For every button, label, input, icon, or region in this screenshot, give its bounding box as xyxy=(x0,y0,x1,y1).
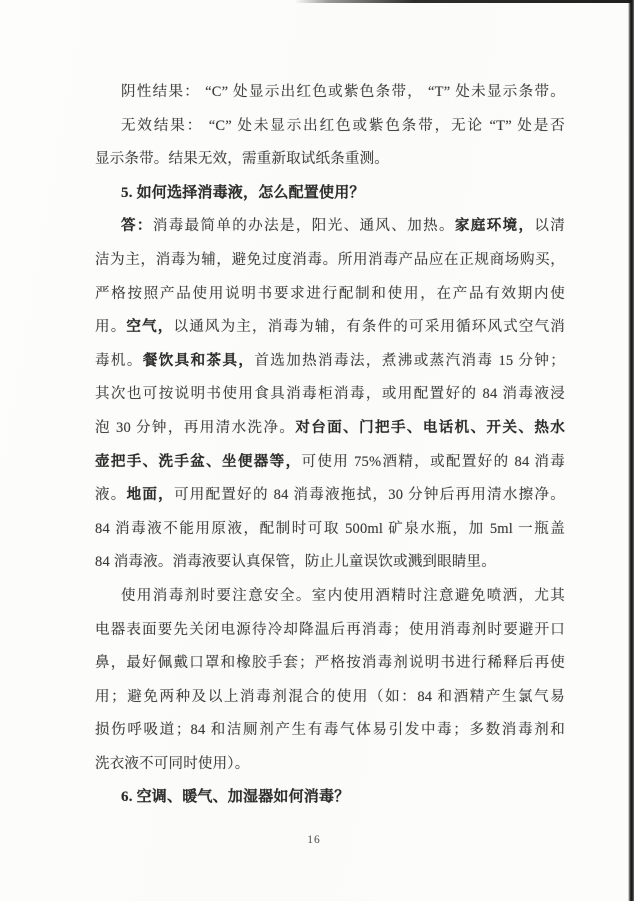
safety-line: 电器表面要先关闭电源待冷却降温后再消毒；使用消毒剂时要避开口 xyxy=(95,614,565,648)
text-segment: 毒机。 xyxy=(95,353,143,369)
text-segment: 液。 xyxy=(95,487,127,503)
bold-text-segment: 地面， xyxy=(127,487,174,503)
text-segment: 显示条带。结果无效，需重新取试纸条重测。 xyxy=(95,151,389,167)
text-segment: 其次也可按说明书使用食具消毒柜消毒，或用配置好的 84 消毒液浸 xyxy=(95,386,565,402)
answer-line: 液。地面，可用配置好的 84 消毒液拖拭，30 分钟后再用清水擦净。 xyxy=(95,479,565,513)
document-body: 阴性结果： “C” 处显示出红色或紫色条带， “T” 处未显示条带。无效结果： … xyxy=(95,76,565,815)
answer-line: 壶把手、洗手盆、坐便器等，可使用 75%酒精，或配置好的 84 消毒 xyxy=(95,446,565,480)
result-line-negative: 阴性结果： “C” 处显示出红色或紫色条带， “T” 处未显示条带。 xyxy=(95,76,565,110)
text-segment: 电器表面要先关闭电源待冷却降温后再消毒；使用消毒剂时要避开口 xyxy=(95,622,565,638)
result-line-invalid-2: 显示条带。结果无效，需重新取试纸条重测。 xyxy=(95,143,565,177)
bold-text-segment: 答： xyxy=(121,218,153,234)
safety-line: 洗衣液不可同时使用）。 xyxy=(95,748,565,782)
text-segment: 可用配置好的 84 消毒液拖拭，30 分钟后再用清水擦净。 xyxy=(174,487,565,503)
text-segment: 严格按照产品使用说明书要求进行配制和使用，在产品有效期内使 xyxy=(95,286,565,302)
text-segment: 鼻，最好佩戴口罩和橡胶手套；严格按消毒剂说明书进行稀释后再使 xyxy=(95,655,565,671)
text-segment: 84 消毒液。消毒液要认真保管，防止儿童误饮或溅到眼睛里。 xyxy=(95,554,496,570)
page-number: 16 xyxy=(0,834,628,846)
text-segment: 以清 xyxy=(534,218,565,234)
text-segment: 用。 xyxy=(95,319,126,335)
scan-edge-right xyxy=(628,0,634,901)
text-segment: 消毒最简单的办法是，阳光、通风、加热。 xyxy=(153,218,455,234)
scan-edge-top xyxy=(295,0,634,3)
answer-line: 泡 30 分钟，再用清水洗净。对台面、门把手、电话机、开关、热水 xyxy=(95,412,565,446)
text-segment: 可使用 75%酒精，或配置好的 84 消毒 xyxy=(301,454,565,470)
answer-line: 毒机。餐饮具和茶具，首选加热消毒法，煮沸或蒸汽消毒 15 分钟； xyxy=(95,345,565,379)
text-segment: 以通风为主，消毒为辅，有条件的可采用循环风式空气消 xyxy=(174,319,566,335)
bold-text-segment: 5. 如何选择消毒液，怎么配置使用？ xyxy=(121,185,365,201)
text-segment: 洗衣液不可同时使用）。 xyxy=(95,756,249,772)
text-segment: 首选加热消毒法，煮沸或蒸汽消毒 15 分钟； xyxy=(254,353,565,369)
safety-line: 使用消毒剂时要注意安全。室内使用酒精时注意避免喷洒，尤其 xyxy=(95,580,565,614)
bold-text-segment: 壶把手、洗手盆、坐便器等， xyxy=(95,454,301,470)
answer-line: 用。空气，以通风为主，消毒为辅，有条件的可采用循环风式空气消 xyxy=(95,311,565,345)
bold-text-segment: 家庭环境， xyxy=(455,218,535,234)
answer-line: 答：消毒最简单的办法是，阳光、通风、加热。家庭环境，以清 xyxy=(95,210,565,244)
answer-line: 84 消毒液。消毒液要认真保管，防止儿童误饮或溅到眼睛里。 xyxy=(95,546,565,580)
bold-text-segment: 餐饮具和茶具， xyxy=(143,353,255,369)
answer-line: 严格按照产品使用说明书要求进行配制和使用，在产品有效期内使 xyxy=(95,278,565,312)
question-6-heading: 6. 空调、暖气、加湿器如何消毒？ xyxy=(95,781,565,815)
text-segment: 阴性结果： “C” 处显示出红色或紫色条带， “T” 处未显示条带。 xyxy=(121,84,565,100)
bold-text-segment: 对台面、门把手、电话机、开关、热水 xyxy=(295,420,565,436)
result-line-invalid-1: 无效结果： “C” 处未显示出红色或紫色条带，无论 “T” 处是否 xyxy=(95,110,565,144)
text-segment: 无效结果： “C” 处未显示出红色或紫色条带，无论 “T” 处是否 xyxy=(121,118,565,134)
answer-line: 84 消毒液不能用原液，配制时可取 500ml 矿泉水瓶，加 5ml 一瓶盖 xyxy=(95,513,565,547)
text-segment: 损伤呼吸道；84 和洁厕剂产生有毒气体易引发中毒；多数消毒剂和 xyxy=(95,722,565,738)
text-segment: 用；避免两种及以上消毒剂混合的使用（如：84 和酒精产生氯气易 xyxy=(95,689,565,705)
text-segment: 洁为主，消毒为辅，避免过度消毒。所用消毒产品应在正规商场购买， xyxy=(95,252,565,268)
text-segment: 84 消毒液不能用原液，配制时可取 500ml 矿泉水瓶，加 5ml 一瓶盖 xyxy=(95,521,565,537)
safety-line: 用；避免两种及以上消毒剂混合的使用（如：84 和酒精产生氯气易 xyxy=(95,681,565,715)
text-segment: 泡 30 分钟，再用清水洗净。 xyxy=(95,420,295,436)
answer-line: 其次也可按说明书使用食具消毒柜消毒，或用配置好的 84 消毒液浸 xyxy=(95,378,565,412)
scanned-document-page: 阴性结果： “C” 处显示出红色或紫色条带， “T” 处未显示条带。无效结果： … xyxy=(0,0,634,901)
safety-line: 损伤呼吸道；84 和洁厕剂产生有毒气体易引发中毒；多数消毒剂和 xyxy=(95,714,565,748)
bold-text-segment: 6. 空调、暖气、加湿器如何消毒？ xyxy=(121,789,349,805)
question-5-heading: 5. 如何选择消毒液，怎么配置使用？ xyxy=(95,177,565,211)
safety-line: 鼻，最好佩戴口罩和橡胶手套；严格按消毒剂说明书进行稀释后再使 xyxy=(95,647,565,681)
text-segment: 使用消毒剂时要注意安全。室内使用酒精时注意避免喷洒，尤其 xyxy=(121,588,565,604)
bold-text-segment: 空气， xyxy=(126,319,173,335)
answer-line: 洁为主，消毒为辅，避免过度消毒。所用消毒产品应在正规商场购买， xyxy=(95,244,565,278)
